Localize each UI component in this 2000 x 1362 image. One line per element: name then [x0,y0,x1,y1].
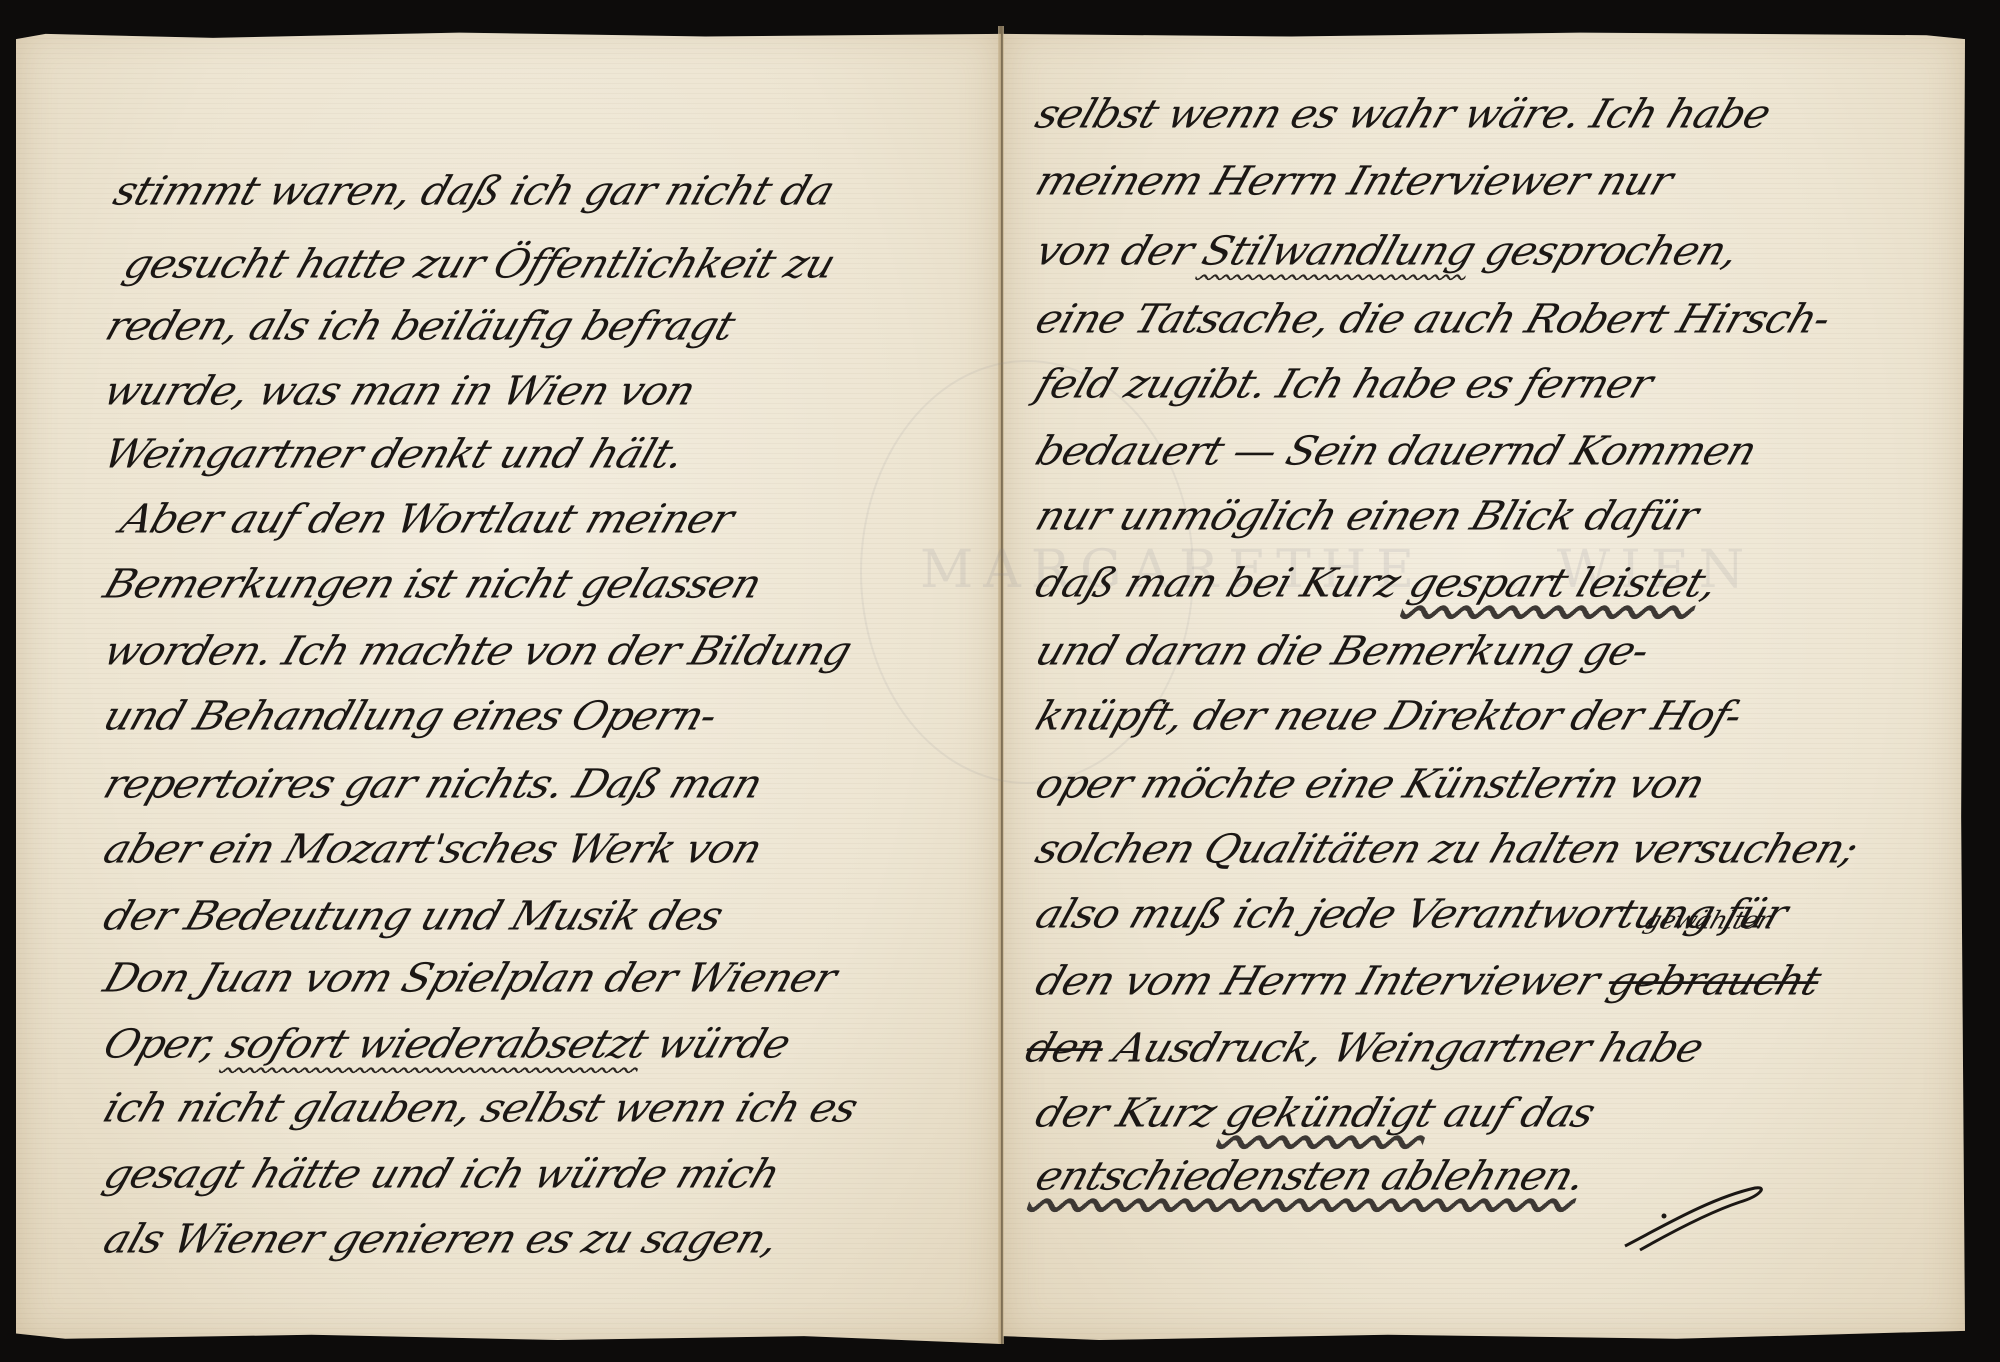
text-fragment: daß man bei Kurz [1030,559,1418,606]
text-line: solchen Qualitäten zu halten versuchen; [1030,825,1864,872]
text-fragment: Oper, [98,1020,235,1067]
text-fragment: Ausdruck, Weingartner habe [1096,1024,1709,1071]
text-line: gesagt hätte und ich würde mich [98,1150,785,1197]
text-line: wurde, was man in Wien von [98,367,701,414]
text-line: nur unmöglich einen Blick dafür [1030,492,1704,539]
underlined-phrase: gekündigt [1219,1089,1441,1136]
text-line: feld zugibt. Ich habe es ferner [1030,360,1658,407]
text-line: als Wiener genieren es zu sagen, [98,1215,784,1262]
struck-word: gebraucht [1602,957,1826,1004]
text-line: repertoires gar nichts. Daß man [98,760,768,807]
text-line: von der Stilwandlung gesprochen, [1030,227,1744,274]
text-line: oper möchte eine Künstlerin von [1030,760,1710,807]
text-fragment: gesprochen, [1466,227,1744,274]
text-line: stimmt waren, daß ich gar nicht da [108,167,840,214]
text-line: der Bedeutung und Musik des [98,892,729,939]
text-line: Aber auf den Wortlaut meiner [115,495,739,542]
text-fragment: würde [639,1020,796,1067]
text-line: entschiedensten ablehnen. [1030,1152,1591,1199]
text-line: reden, als ich beiläufig befragt [100,302,740,349]
inserted-word: gewählten [1640,907,1778,936]
text-fragment: der Kurz [1030,1089,1234,1136]
text-line: Oper, sofort wiederabsetzt würde [98,1020,796,1067]
text-line: Bemerkungen ist nicht gelassen [98,560,767,607]
paper-ruling [16,26,1001,1344]
underlined-phrase: sofort wiederabsetzt [220,1020,653,1067]
left-page [16,26,1001,1344]
underlined-phrase: gespart leistet [1403,559,1711,606]
text-line: der Kurz gekündigt auf das [1030,1089,1601,1136]
text-line: meinem Herrn Interviewer nur [1030,157,1678,204]
text-line: daß man bei Kurz gespart leistet, [1030,559,1723,606]
text-line: und Behandlung eines Opern- [98,692,723,739]
text-line: bedauert — Sein dauernd Kommen [1030,427,1762,474]
underlined-phrase: entschiedensten ablehnen. [1030,1152,1591,1199]
text-line: knüpft, der neue Direktor der Hof- [1030,692,1747,739]
text-line: eine Tatsache, die auch Robert Hirsch- [1030,295,1836,342]
text-fragment: von der [1030,227,1212,274]
text-line: und daran die Bemerkung ge- [1030,627,1655,674]
text-line: gesucht hatte zur Öffentlichkeit zu [118,240,841,287]
text-line: aber ein Mozart'sches Werk von [98,825,767,872]
signature-flourish-icon [1620,1178,1770,1258]
text-line: den Ausdruck, Weingartner habe [1020,1024,1709,1071]
text-line: den vom Herrn Interviewer gebraucht [1030,957,1826,1004]
letter-spread: MARGARETHE ... WIEN stimmt waren, daß ic… [0,0,2000,1362]
text-line: selbst wenn es wahr wäre. Ich habe [1030,90,1776,137]
text-line: ich nicht glauben, selbst wenn ich es [98,1084,863,1131]
text-line: Weingartner denkt und hält. [98,430,690,477]
text-line: Don Juan vom Spielplan der Wiener [98,954,842,1001]
text-line: worden. Ich machte von der Bildung [98,627,857,674]
underlined-phrase: Stilwandlung [1197,227,1482,274]
text-fragment: auf das [1426,1089,1601,1136]
text-fragment: den vom Herrn Interviewer [1030,957,1617,1004]
